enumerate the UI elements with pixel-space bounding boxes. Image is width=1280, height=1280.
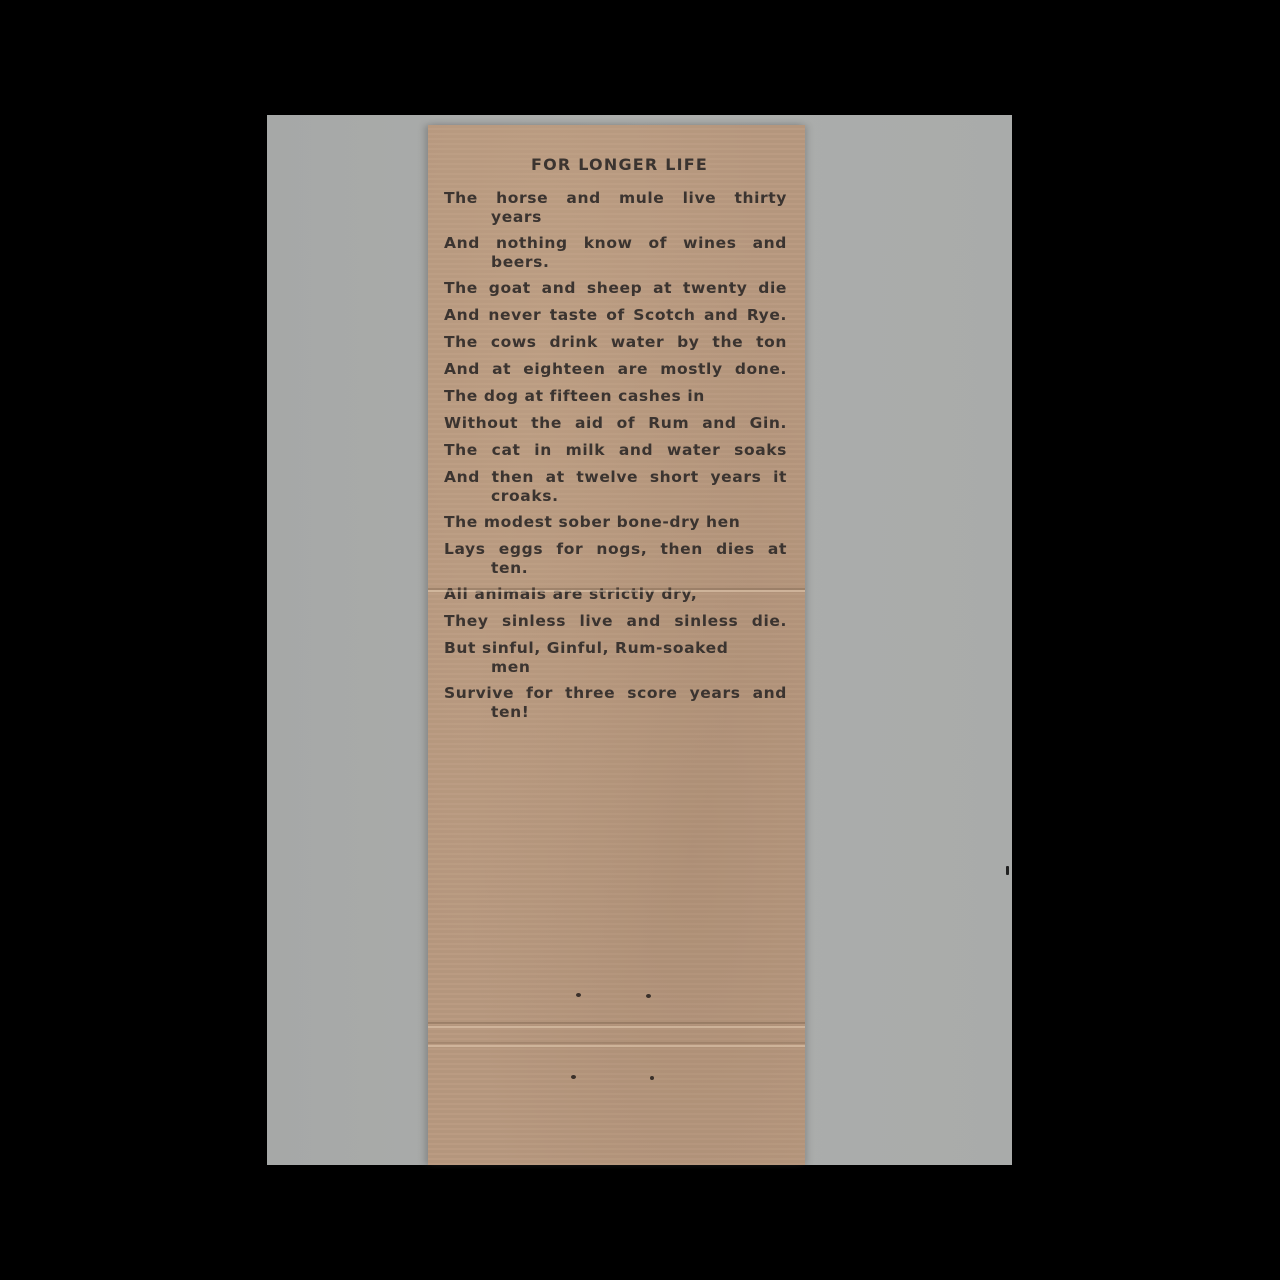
- poem-line-text: The cows drink water by the ton: [444, 332, 787, 352]
- poem-line: And at eighteen are mostly done.: [444, 359, 787, 379]
- poem-line: And then at twelve short years itcroaks.: [444, 467, 787, 505]
- poem: FOR LONGER LIFE The horse and mule live …: [444, 155, 787, 728]
- poem-line: The modest sober bone-dry hen: [444, 512, 787, 532]
- poem-line: The cows drink water by the ton: [444, 332, 787, 352]
- staple-hole: [571, 1075, 576, 1079]
- poem-line-continuation: croaks.: [444, 487, 787, 505]
- poem-title: FOR LONGER LIFE: [444, 155, 787, 174]
- poem-line-continuation: ten.: [444, 559, 787, 577]
- poem-line-text: Without the aid of Rum and Gin.: [444, 413, 787, 433]
- poem-line-continuation: beers.: [444, 253, 787, 271]
- striker-crease-highlight: [428, 1026, 805, 1028]
- poem-line-text: Survive for three score years and: [444, 683, 787, 703]
- poem-line: All animals are strictly dry,: [444, 584, 787, 604]
- poem-line: Without the aid of Rum and Gin.: [444, 413, 787, 433]
- poem-line-text: And then at twelve short years it: [444, 467, 787, 487]
- scan-speck: [1006, 866, 1009, 875]
- poem-line-text: Lays eggs for nogs, then dies at: [444, 539, 787, 559]
- poem-line-text: The cat in milk and water soaks: [444, 440, 787, 460]
- flap-crease: [428, 1042, 805, 1044]
- poem-line: But sinful, Ginful, Rum-soakedmen: [444, 638, 787, 676]
- staple-hole: [646, 994, 651, 998]
- poem-line: Survive for three score years andten!: [444, 683, 787, 721]
- poem-line: They sinless live and sinless die.: [444, 611, 787, 631]
- poem-line-continuation: ten!: [444, 703, 787, 721]
- poem-line: The dog at fifteen cashes in: [444, 386, 787, 406]
- poem-line-continuation: years: [444, 208, 787, 226]
- poem-line-continuation: men: [444, 658, 787, 676]
- matchbook-cover: FOR LONGER LIFE The horse and mule live …: [428, 125, 805, 1165]
- poem-line: The goat and sheep at twenty die: [444, 278, 787, 298]
- poem-line: And never taste of Scotch and Rye.: [444, 305, 787, 325]
- poem-line-text: But sinful, Ginful, Rum-soaked: [444, 638, 787, 658]
- poem-line-text: All animals are strictly dry,: [444, 584, 787, 604]
- flap-crease-highlight: [428, 1045, 805, 1047]
- poem-line: The horse and mule live thirtyyears: [444, 188, 787, 226]
- poem-line: And nothing know of wines andbeers.: [444, 233, 787, 271]
- poem-line-text: The goat and sheep at twenty die: [444, 278, 787, 298]
- poem-line-text: The horse and mule live thirty: [444, 188, 787, 208]
- poem-lines: The horse and mule live thirtyyearsAnd n…: [444, 188, 787, 721]
- poem-line-text: And never taste of Scotch and Rye.: [444, 305, 787, 325]
- poem-line-text: The modest sober bone-dry hen: [444, 512, 787, 532]
- striker-crease: [428, 1022, 805, 1024]
- poem-line: The cat in milk and water soaks: [444, 440, 787, 460]
- fold-crease-highlight: [428, 590, 805, 592]
- poem-line-text: And nothing know of wines and: [444, 233, 787, 253]
- poem-line: Lays eggs for nogs, then dies atten.: [444, 539, 787, 577]
- poem-line-text: And at eighteen are mostly done.: [444, 359, 787, 379]
- poem-line-text: The dog at fifteen cashes in: [444, 386, 787, 406]
- staple-hole: [576, 993, 581, 997]
- poem-line-text: They sinless live and sinless die.: [444, 611, 787, 631]
- staple-hole: [650, 1076, 654, 1080]
